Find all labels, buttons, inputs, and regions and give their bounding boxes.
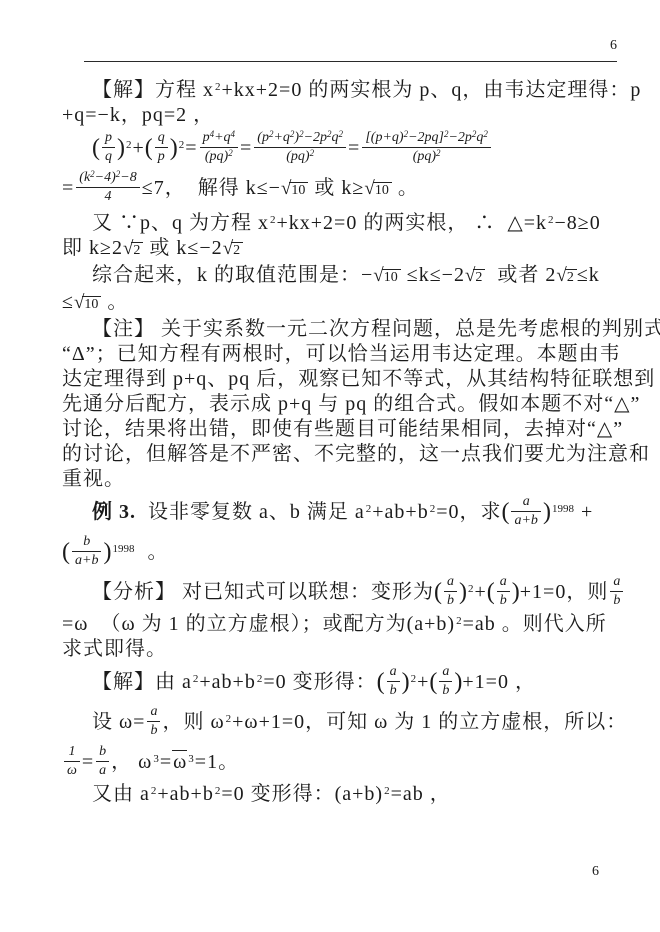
fraction: ab bbox=[147, 704, 160, 739]
text-run: ≤ bbox=[62, 291, 74, 313]
text-run: ≤k≤−2 bbox=[401, 264, 465, 286]
fraction: p4+q4(pq)2 bbox=[200, 130, 238, 165]
text-run: 例 3. bbox=[92, 501, 136, 523]
denominator: ω bbox=[64, 761, 80, 779]
text-run: 即 k≥2 bbox=[62, 237, 123, 259]
paren: ) bbox=[117, 135, 125, 161]
denominator: a bbox=[96, 761, 109, 779]
text-run: “Δ”；已知方程有两根时，可以恰当运用韦达定理。本题由韦 bbox=[62, 343, 621, 365]
superscript: 2 bbox=[310, 148, 315, 158]
denominator: p bbox=[155, 147, 168, 165]
text-line: =ω （ω 为 1 的立方虚根）；或配方为(a+b)2=ab 。则代入所 bbox=[62, 612, 628, 637]
text-line: (ba+b)1998 。 bbox=[62, 532, 628, 572]
text-run: =0 变形得：(a+b) bbox=[221, 783, 383, 805]
denominator: b bbox=[444, 591, 457, 609]
square-root: √2 bbox=[123, 237, 143, 259]
text-run: ，则 ω bbox=[162, 711, 224, 733]
text-run: q bbox=[158, 130, 165, 145]
text-line: 设 ω=ab，则 ω2+ω+1=0，可知 ω 为 1 的立方虚根，所以： bbox=[62, 702, 628, 742]
text-run: b bbox=[390, 683, 397, 698]
text-run: + bbox=[417, 671, 429, 693]
radicand: 10 bbox=[373, 182, 392, 198]
overline-symbol: ω bbox=[172, 750, 187, 773]
text-line: 重视。 bbox=[62, 467, 628, 492]
radicand: 10 bbox=[382, 269, 401, 285]
text-run: +ab+b bbox=[372, 501, 428, 523]
paren: ) bbox=[543, 499, 551, 525]
text-run: (p bbox=[257, 130, 269, 145]
numerator: q bbox=[155, 130, 168, 147]
document-page: 6 【解】方程 x2+kx+2=0 的两实根为 p、q，由韦达定理得：p+q=−… bbox=[0, 0, 660, 932]
text-run: =0，求 bbox=[436, 501, 501, 523]
paren: ( bbox=[145, 135, 153, 161]
numerator: p bbox=[102, 130, 115, 147]
text-line: 【解】由 a2+ab+b2=0 变形得：(ab)2+(ab)+1=0 ， bbox=[62, 662, 628, 702]
fraction: [(p+q)2−2pq]2−2p2q2(pq)2 bbox=[362, 130, 491, 165]
document-body: 【解】方程 x2+kx+2=0 的两实根为 p、q，由韦达定理得：p+q=−k，… bbox=[62, 78, 628, 807]
superscript: 1998 bbox=[551, 503, 575, 515]
paren: ) bbox=[459, 579, 467, 605]
numerator: [(p+q)2−2pq]2−2p2q2 bbox=[362, 130, 491, 147]
text-run: 重视。 bbox=[62, 468, 125, 490]
denominator: b bbox=[497, 591, 510, 609]
text-run: −8≥0 bbox=[555, 212, 601, 234]
text-run: 设非零复数 a、b 满足 a bbox=[136, 501, 365, 523]
numerator: (p2+q2)2−2p2q2 bbox=[254, 130, 346, 147]
text-line: 先通分后配方，表示成 p+q 与 pq 的组合式。假如本题不对“△” bbox=[62, 392, 628, 417]
numerator: p4+q4 bbox=[200, 130, 238, 147]
text-run: 的讨论，但解答是不严密、不完整的，这一点我们要尤为注意和 bbox=[62, 443, 650, 465]
superscript: 2 bbox=[410, 673, 418, 685]
text-run: −2p bbox=[304, 130, 327, 145]
text-run: 【分析】 对已知式可以联想：变形为 bbox=[92, 581, 434, 603]
radicand: 2 bbox=[473, 269, 485, 285]
fraction: ba+b bbox=[72, 534, 101, 569]
superscript: 2 bbox=[483, 129, 488, 139]
text-line: (pq)2+(qp)2=p4+q4(pq)2=(p2+q2)2−2p2q2(pq… bbox=[62, 128, 628, 168]
paren: ( bbox=[434, 579, 442, 605]
numerator: b bbox=[72, 534, 101, 551]
text-run: b bbox=[447, 593, 454, 608]
superscript: 2 bbox=[383, 785, 391, 797]
text-run: ω bbox=[67, 763, 77, 778]
square-root: √10 bbox=[364, 177, 391, 199]
text-line: 的讨论，但解答是不严密、不完整的，这一点我们要尤为注意和 bbox=[62, 442, 628, 467]
text-line: 求式即得。 bbox=[62, 637, 628, 662]
text-run: q bbox=[105, 149, 112, 164]
header-page-number: 6 bbox=[610, 38, 617, 54]
text-run: = bbox=[185, 137, 197, 159]
text-run: +1=0，则 bbox=[520, 581, 609, 603]
text-run: b bbox=[150, 723, 157, 738]
text-run: a bbox=[150, 704, 157, 719]
denominator: (pq)2 bbox=[254, 147, 346, 165]
text-run: 【解】由 a bbox=[92, 671, 192, 693]
text-line: 【注】 关于实系数一元二次方程问题，总是先考虑根的判别式 bbox=[62, 317, 628, 342]
superscript: 3 bbox=[187, 753, 195, 765]
paren: ) bbox=[402, 669, 410, 695]
text-run: −4) bbox=[95, 170, 116, 185]
text-run: a bbox=[500, 574, 507, 589]
text-run: = bbox=[240, 137, 252, 159]
text-run: a+b bbox=[514, 513, 537, 528]
superscript: 2 bbox=[455, 615, 463, 627]
radicand: 10 bbox=[289, 182, 308, 198]
text-line: 【分析】 对已知式可以联想：变形为(ab)2+(ab)+1=0，则ab bbox=[62, 572, 628, 612]
text-line: 即 k≥2√2 或 k≤−2√2 bbox=[62, 236, 628, 263]
text-run: 设 ω= bbox=[92, 711, 145, 733]
text-run: 【注】 关于实系数一元二次方程问题，总是先考虑根的判别式 bbox=[92, 318, 660, 340]
text-run: +ab+b bbox=[157, 783, 213, 805]
text-run: =ω （ω 为 1 的立方虚根）；或配方为(a+b) bbox=[62, 613, 455, 635]
paren: ) bbox=[170, 135, 178, 161]
text-run: (pq) bbox=[205, 149, 228, 164]
text-run: 或 k≤−2 bbox=[143, 237, 222, 259]
text-run: + bbox=[133, 137, 145, 159]
superscript: 2 bbox=[339, 129, 344, 139]
square-root: √10 bbox=[74, 291, 101, 313]
text-run: 讨论，结果将出错，即使有些题目可能结果相同，去掉对“△” bbox=[62, 418, 623, 440]
text-line: =(k2−4)2−84≤7， 解得 k≤−√10 或 k≥√10 。 bbox=[62, 168, 628, 211]
paren: ( bbox=[92, 135, 100, 161]
text-run: + bbox=[575, 501, 593, 523]
text-run: b bbox=[83, 534, 90, 549]
text-run: 。 bbox=[392, 177, 419, 199]
numerator: b bbox=[96, 744, 109, 761]
text-run: [(p+q) bbox=[365, 130, 403, 145]
paren: ( bbox=[487, 579, 495, 605]
superscript: 2 bbox=[467, 583, 475, 595]
text-run: +kx+2=0 的两实根， ∴ △=k bbox=[277, 212, 548, 234]
text-run: 达定理得到 p+q、pq 后，观察已知不等式，从其结构特征联想到 bbox=[62, 368, 655, 390]
denominator: a+b bbox=[511, 511, 540, 529]
radicand: 10 bbox=[82, 296, 101, 312]
paren: ( bbox=[377, 669, 385, 695]
text-run: +q=−k，pq=2 ， bbox=[62, 104, 214, 126]
text-run: a bbox=[613, 574, 620, 589]
fraction: ba bbox=[96, 744, 109, 779]
square-root: √2 bbox=[223, 237, 243, 259]
text-run: 。 bbox=[101, 291, 128, 313]
paren: ) bbox=[512, 579, 520, 605]
text-run: (pq) bbox=[286, 149, 309, 164]
text-run: =0 变形得： bbox=[263, 671, 376, 693]
header-rule bbox=[84, 61, 617, 62]
denominator: a+b bbox=[72, 551, 101, 569]
radicand: 2 bbox=[131, 242, 143, 258]
text-line: 【解】方程 x2+kx+2=0 的两实根为 p、q，由韦达定理得：p bbox=[62, 78, 628, 103]
fraction: aa+b bbox=[511, 494, 540, 529]
fraction: ab bbox=[444, 574, 457, 609]
superscript: 2 bbox=[225, 713, 233, 725]
numerator: a bbox=[511, 494, 540, 511]
text-run: b bbox=[99, 744, 106, 759]
fraction: ab bbox=[439, 664, 452, 699]
text-run: =1。 bbox=[195, 751, 239, 773]
text-run: q bbox=[332, 130, 339, 145]
paren: ( bbox=[62, 539, 70, 565]
text-run: −2p bbox=[448, 130, 471, 145]
superscript: 2 bbox=[547, 214, 555, 226]
fraction: ab bbox=[497, 574, 510, 609]
numerator: a bbox=[387, 664, 400, 681]
numerator: a bbox=[444, 574, 457, 591]
text-run: (k bbox=[79, 170, 90, 185]
square-root: √2 bbox=[465, 264, 485, 286]
text-line: 达定理得到 p+q、pq 后，观察已知不等式，从其结构特征联想到 bbox=[62, 367, 628, 392]
text-run: a bbox=[442, 664, 449, 679]
text-run: +ω+1=0，可知 ω 为 1 的立方虚根，所以： bbox=[232, 711, 627, 733]
text-run: 综合起来，k 的取值范围是：− bbox=[92, 264, 373, 286]
denominator: b bbox=[439, 681, 452, 699]
paren: ( bbox=[429, 669, 437, 695]
square-root: √2 bbox=[556, 264, 576, 286]
text-line: 讨论，结果将出错，即使有些题目可能结果相同，去掉对“△” bbox=[62, 417, 628, 442]
text-run: 求式即得。 bbox=[62, 638, 167, 660]
text-run: ≤7， 解得 k≤− bbox=[142, 177, 281, 199]
fraction: qp bbox=[155, 130, 168, 165]
superscript: 1998 bbox=[111, 543, 135, 555]
text-run: ≤k bbox=[577, 264, 600, 286]
denominator: b bbox=[387, 681, 400, 699]
fraction: ab bbox=[387, 664, 400, 699]
numerator: 1 bbox=[64, 744, 80, 761]
numerator: (k2−4)2−8 bbox=[76, 170, 139, 187]
numerator: a bbox=[147, 704, 160, 721]
text-run: a+b bbox=[75, 553, 98, 568]
superscript: 2 bbox=[436, 148, 441, 158]
text-run: 【解】方程 x bbox=[92, 79, 214, 101]
radicand: 2 bbox=[565, 269, 577, 285]
fraction: (k2−4)2−84 bbox=[76, 170, 139, 205]
superscript: 2 bbox=[214, 81, 222, 93]
text-run: −2pq] bbox=[408, 130, 444, 145]
text-run: a bbox=[447, 574, 454, 589]
text-run: b bbox=[613, 593, 620, 608]
text-run: =ab ， bbox=[391, 783, 451, 805]
text-run: +q bbox=[273, 130, 289, 145]
denominator: q bbox=[102, 147, 115, 165]
superscript: 4 bbox=[231, 129, 236, 139]
text-run: +kx+2=0 的两实根为 p、q，由韦达定理得：p bbox=[222, 79, 642, 101]
text-run: (pq) bbox=[413, 149, 436, 164]
denominator: b bbox=[610, 591, 623, 609]
text-run: p bbox=[158, 149, 165, 164]
text-run: +ab+b bbox=[199, 671, 255, 693]
text-line: 又 ∵p、q 为方程 x2+kx+2=0 的两实根， ∴ △=k2−8≥0 bbox=[62, 211, 628, 236]
denominator: (pq)2 bbox=[200, 147, 238, 165]
text-run: ， ω bbox=[111, 751, 152, 773]
text-run: b bbox=[442, 683, 449, 698]
text-run: 1 bbox=[68, 744, 75, 759]
superscript: 2 bbox=[228, 148, 233, 158]
text-line: 例 3. 设非零复数 a、b 满足 a2+ab+b2=0，求(aa+b)1998… bbox=[62, 492, 628, 532]
text-run: 或者 2 bbox=[485, 264, 556, 286]
superscript: 2 bbox=[125, 139, 133, 151]
text-run: p bbox=[105, 130, 112, 145]
text-run: + bbox=[475, 581, 487, 603]
text-line: 1ω=ba， ω3=ω3=1。 bbox=[62, 742, 628, 782]
text-run: a bbox=[99, 763, 106, 778]
square-root: √10 bbox=[373, 264, 400, 286]
text-line: 又由 a2+ab+b2=0 变形得：(a+b)2=ab ， bbox=[62, 782, 628, 807]
text-run: = bbox=[348, 137, 360, 159]
text-run: 4 bbox=[105, 189, 112, 204]
fraction: pq bbox=[102, 130, 115, 165]
text-line: 综合起来，k 的取值范围是：−√10 ≤k≤−2√2 或者 2√2≤k bbox=[62, 263, 628, 290]
text-run: = bbox=[62, 177, 74, 199]
text-run: +1=0 ， bbox=[462, 671, 536, 693]
text-run: b bbox=[500, 593, 507, 608]
text-run: a bbox=[390, 664, 397, 679]
denominator: 4 bbox=[76, 187, 139, 205]
square-root: √10 bbox=[281, 177, 308, 199]
text-run: 又 ∵p、q 为方程 x bbox=[92, 212, 269, 234]
denominator: (pq)2 bbox=[362, 147, 491, 165]
denominator: b bbox=[147, 721, 160, 739]
radicand: 2 bbox=[231, 242, 243, 258]
numerator: a bbox=[610, 574, 623, 591]
superscript: 2 bbox=[269, 214, 277, 226]
footer-page-number: 6 bbox=[592, 864, 599, 880]
text-run: = bbox=[82, 751, 94, 773]
text-run: 。 bbox=[135, 541, 168, 563]
text-line: ≤√10 。 bbox=[62, 290, 628, 317]
paren: ( bbox=[501, 499, 509, 525]
text-run: +q bbox=[214, 130, 230, 145]
text-run: p bbox=[203, 130, 210, 145]
fraction: (p2+q2)2−2p2q2(pq)2 bbox=[254, 130, 346, 165]
fraction: ab bbox=[610, 574, 623, 609]
text-run: 又由 a bbox=[92, 783, 150, 805]
text-run: = bbox=[160, 751, 172, 773]
fraction: 1ω bbox=[64, 744, 80, 779]
text-run: a bbox=[523, 494, 530, 509]
text-run: 或 k≥ bbox=[308, 177, 364, 199]
text-line: “Δ”；已知方程有两根时，可以恰当运用韦达定理。本题由韦 bbox=[62, 342, 628, 367]
text-run: 先通分后配方，表示成 p+q 与 pq 的组合式。假如本题不对“△” bbox=[62, 393, 640, 415]
text-run: =ab 。则代入所 bbox=[463, 613, 607, 635]
numerator: a bbox=[439, 664, 452, 681]
text-line: +q=−k，pq=2 ， bbox=[62, 103, 628, 128]
numerator: a bbox=[497, 574, 510, 591]
superscript: 3 bbox=[152, 753, 160, 765]
text-run: −8 bbox=[120, 170, 136, 185]
